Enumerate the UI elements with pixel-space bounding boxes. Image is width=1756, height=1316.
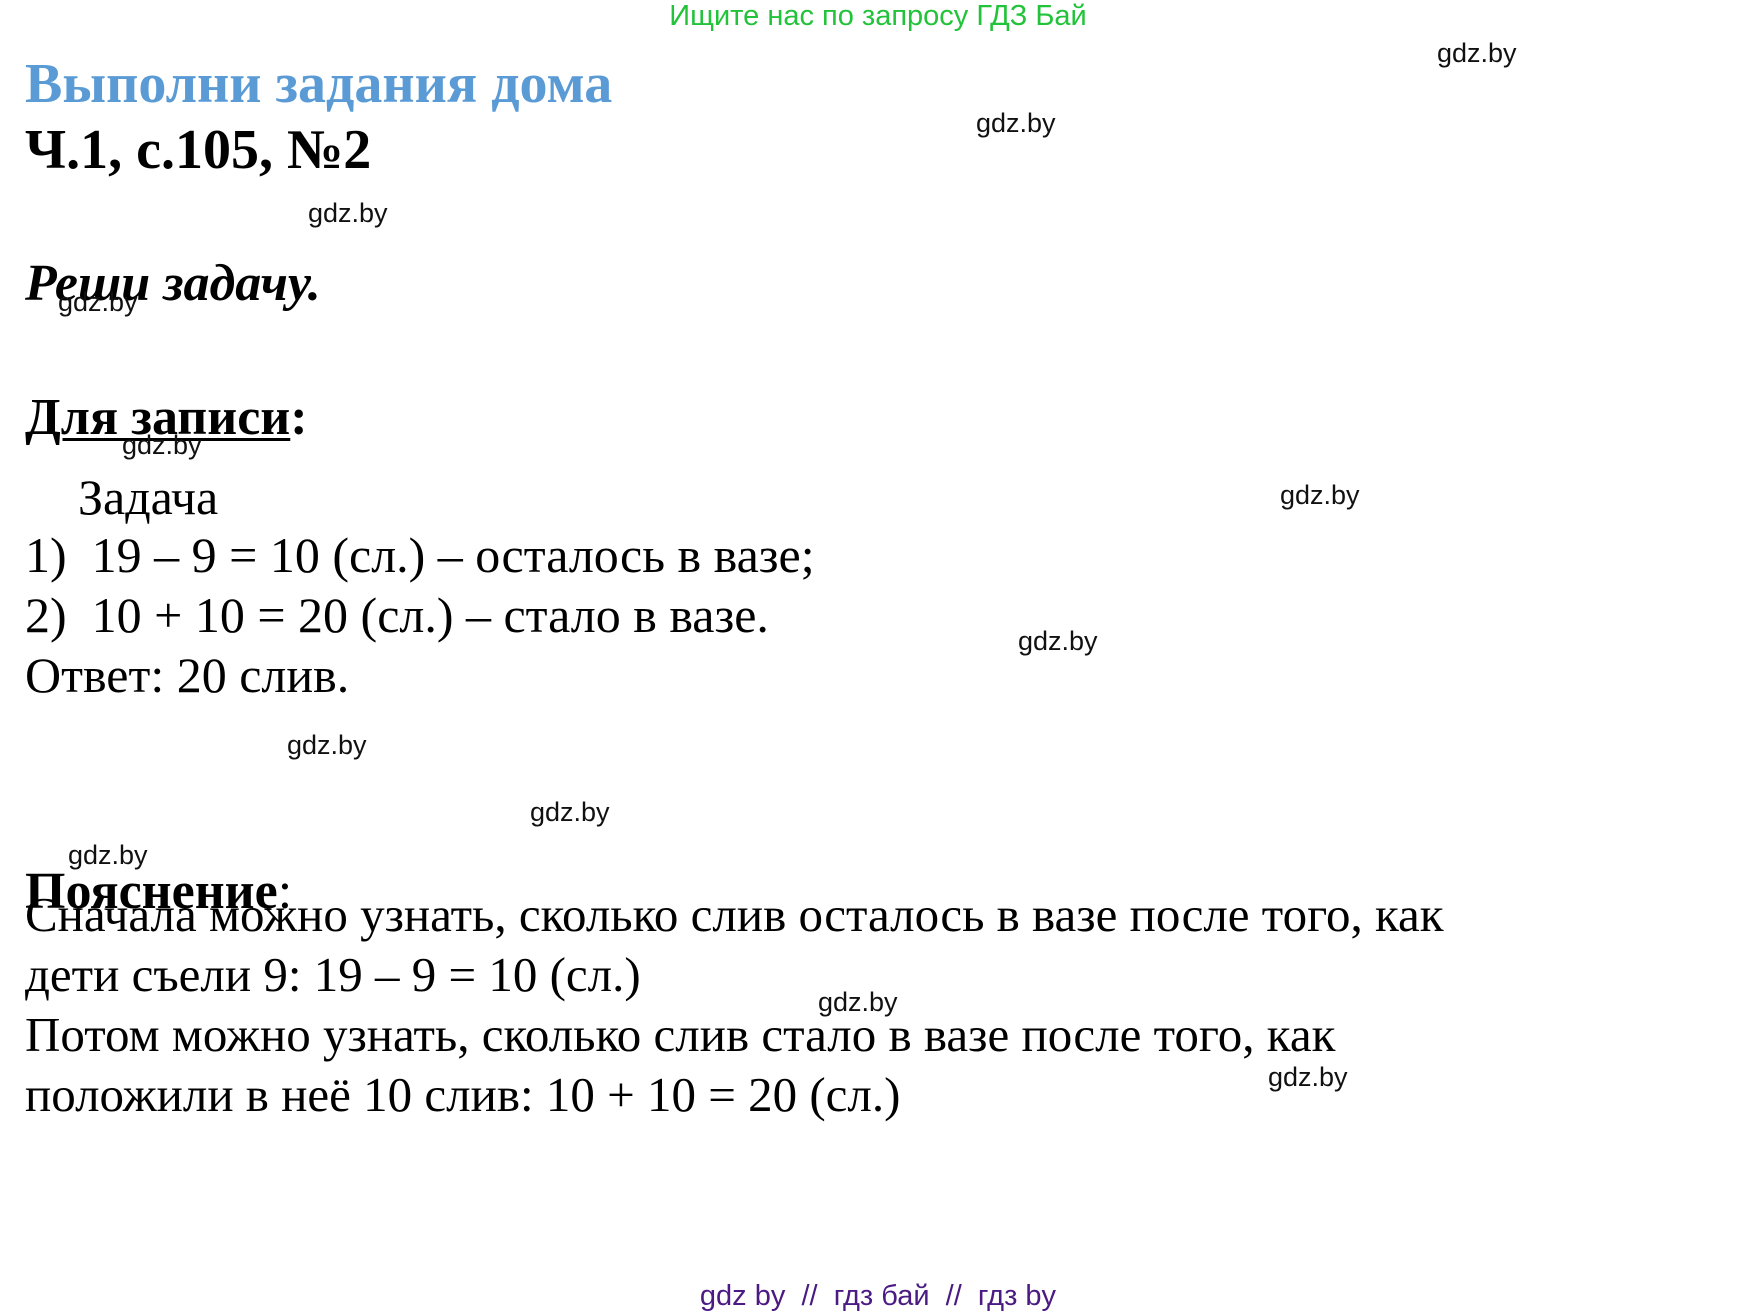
explanation-line-4: положили в неё 10 слив: 10 + 10 = 20 (сл… [25,1066,900,1124]
search-hint-banner: Ищите нас по запросу ГДЗ Бай [0,0,1756,32]
watermark: gdz.by [818,987,898,1017]
exercise-reference: Ч.1, с.105, №2 [25,118,371,182]
watermark: gdz.by [68,840,148,870]
watermark: gdz.by [1018,626,1098,656]
watermark: gdz.by [122,430,202,460]
explanation-line-1: Сначала можно узнать, сколько слив остал… [25,886,1444,944]
watermark: gdz.by [1437,38,1517,68]
page-title: Выполни задания дома [25,52,612,116]
answer-line: Ответ: 20 слив. [25,646,349,704]
watermark: gdz.by [308,198,388,228]
explanation-line-3: Потом можно узнать, сколько слив стало в… [25,1006,1335,1064]
watermark: gdz.by [1280,480,1360,510]
watermark: gdz.by [530,797,610,827]
watermark: gdz.by [287,730,367,760]
watermark: gdz.by [976,108,1056,138]
explanation-line-2: дети съели 9: 19 – 9 = 10 (сл.) [25,946,641,1004]
solution-step-2: 2) 10 + 10 = 20 (сл.) – стало в вазе. [25,586,769,644]
watermark: gdz.by [1268,1062,1348,1092]
record-heading-colon: : [290,389,307,446]
watermark: gdz.by [58,287,138,317]
solution-step-1: 1) 19 – 9 = 10 (сл.) – осталось в вазе; [25,526,815,584]
footer-watermark: gdz by // гдз бай // гдз by [0,1280,1756,1312]
problem-title: Задача [78,468,218,526]
